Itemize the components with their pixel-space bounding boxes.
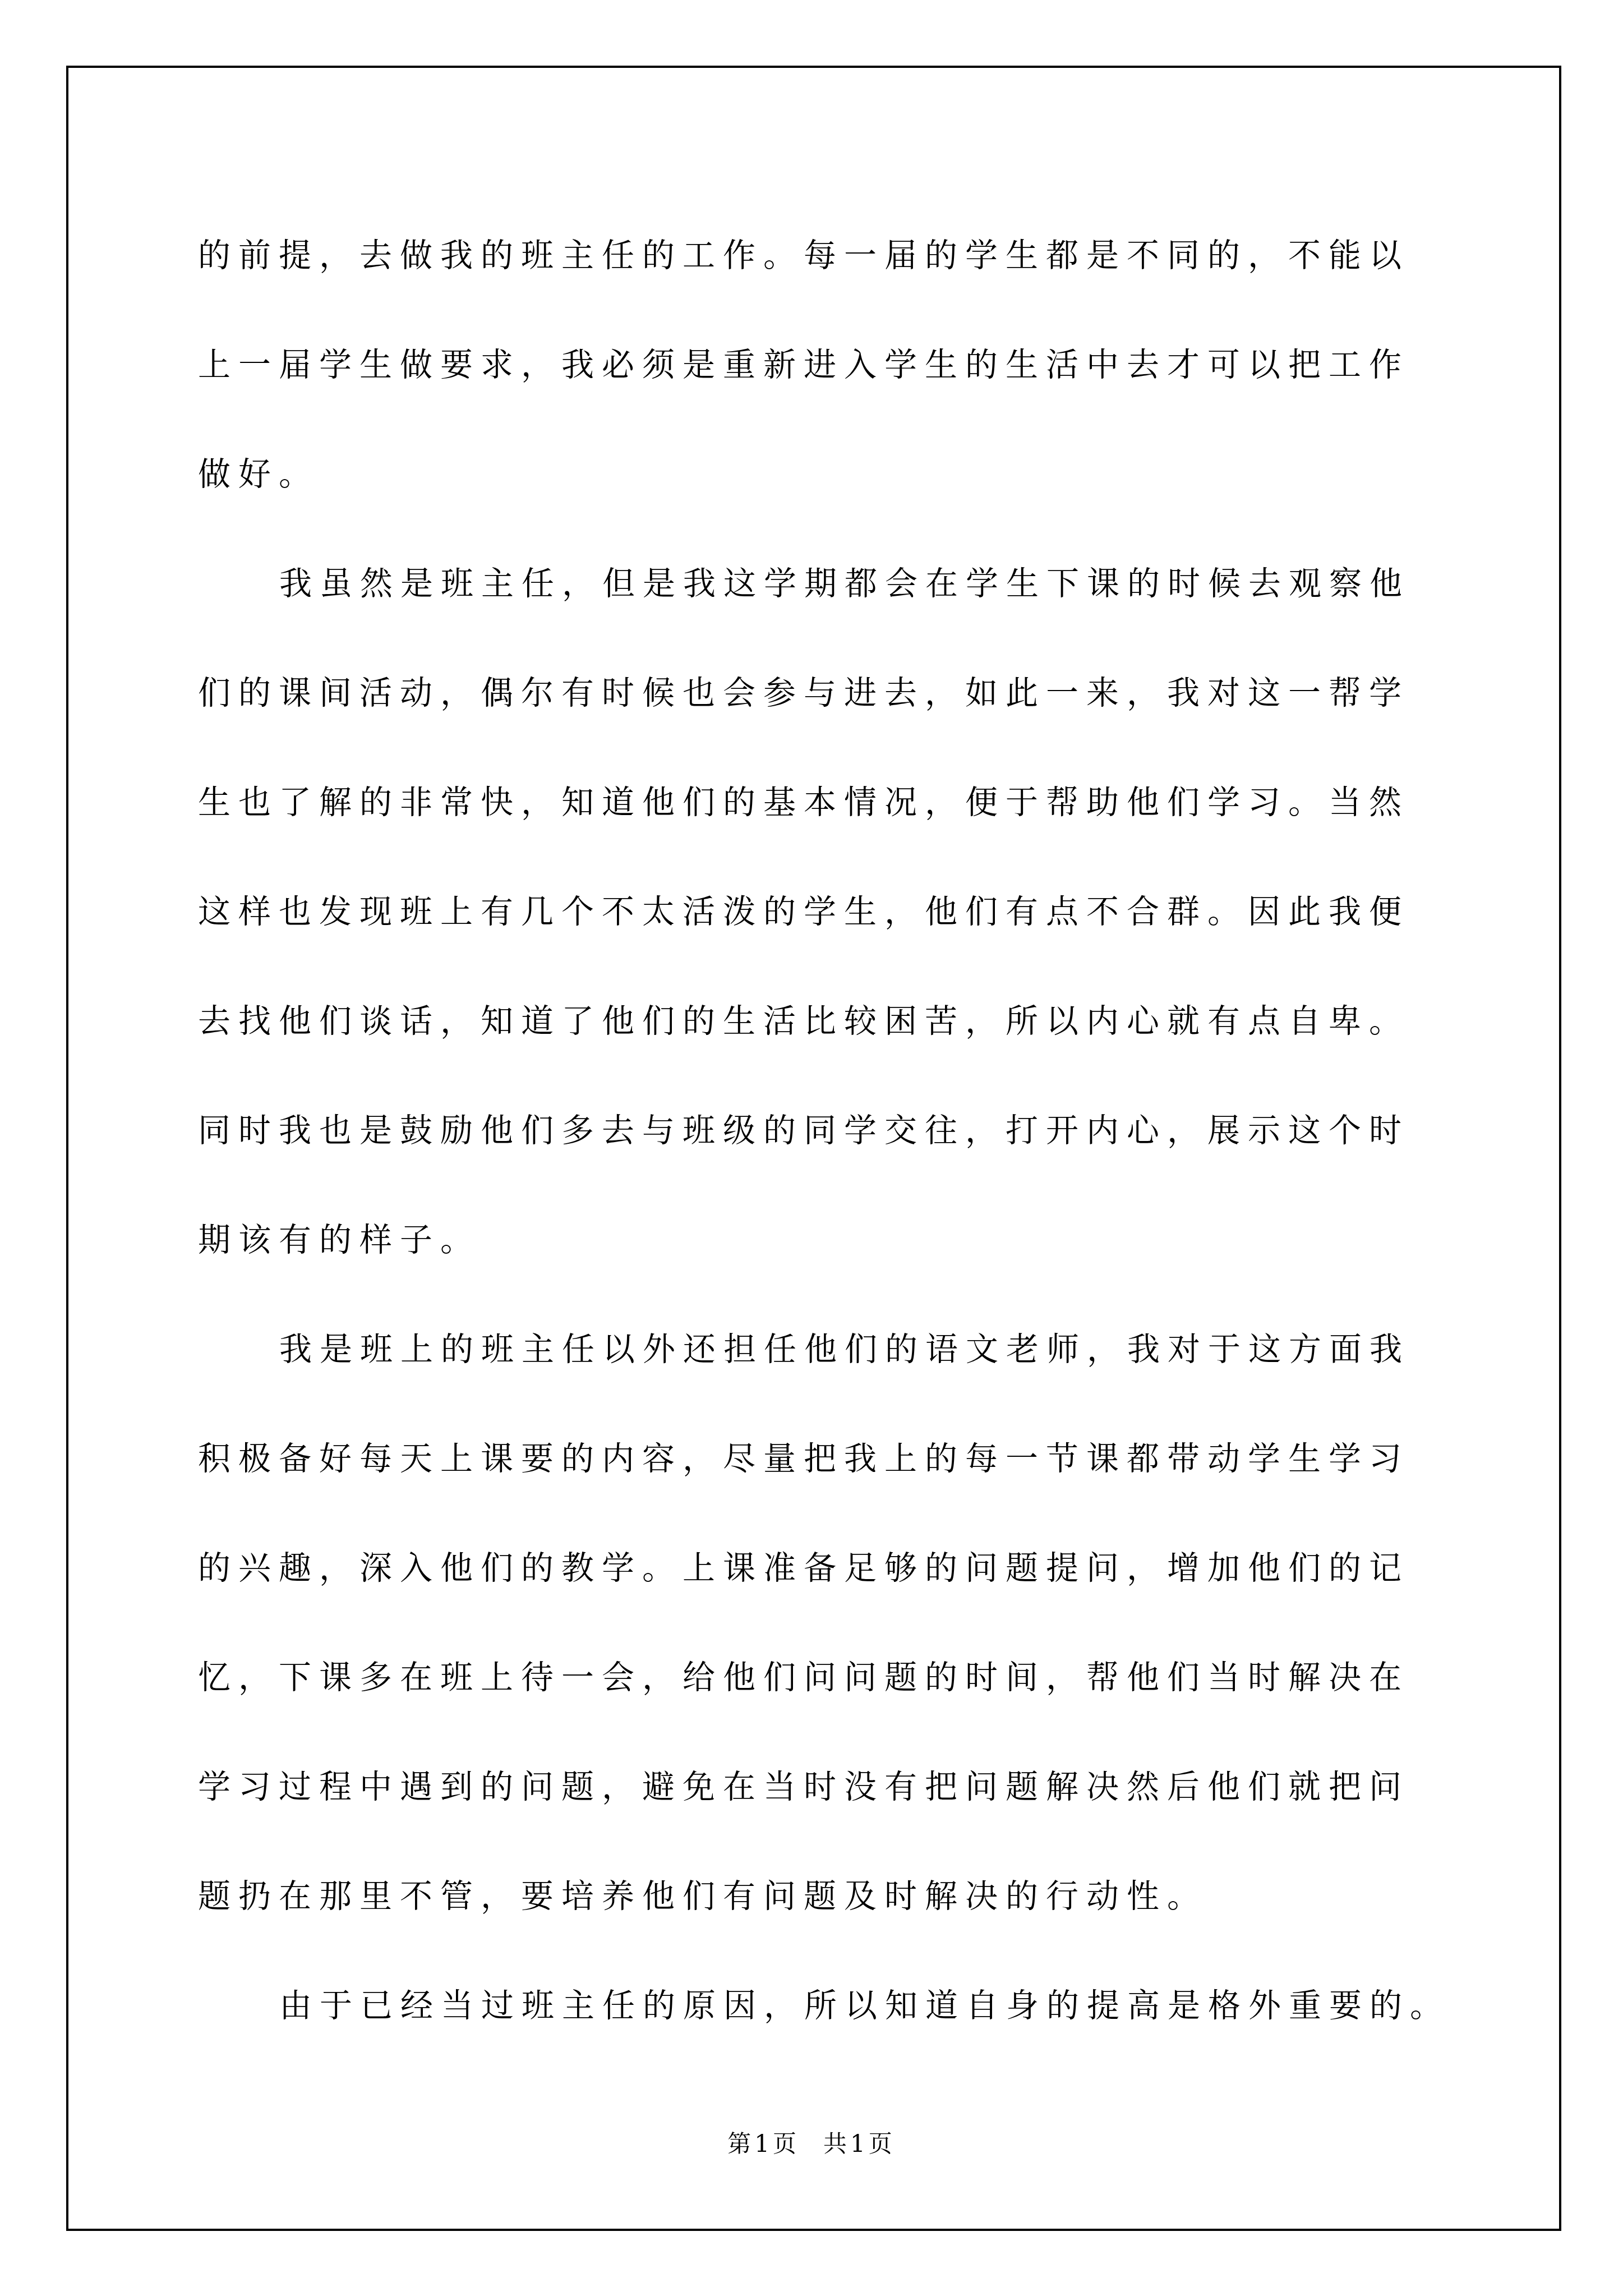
- page-footer: 第1页共1页: [0, 2127, 1623, 2161]
- text-line: 忆，下课多在班上待一会，给他们问问题的时间，帮他们当时解决在: [198, 1623, 1449, 1732]
- text-line: 我是班上的班主任以外还担任他们的语文老师，我对于这方面我: [198, 1295, 1449, 1404]
- text-line: 题扔在那里不管，要培养他们有问题及时解决的行动性。: [198, 1842, 1449, 1951]
- text-line: 上一届学生做要求，我必须是重新进入学生的生活中去才可以把工作: [198, 310, 1449, 420]
- text-line: 生也了解的非常快，知道他们的基本情况，便于帮助他们学习。当然: [198, 748, 1449, 857]
- text-line: 们的课间活动，偶尔有时候也会参与进去，如此一来，我对这一帮学: [198, 638, 1449, 748]
- text-line: 的前提，去做我的班主任的工作。每一届的学生都是不同的，不能以: [198, 201, 1449, 310]
- footer-page-number: 第1页: [727, 2130, 800, 2157]
- text-line: 由于已经当过班主任的原因，所以知道自身的提高是格外重要的。: [198, 1951, 1449, 2060]
- text-line: 去找他们谈话，知道了他们的生活比较困苦，所以内心就有点自卑。: [198, 967, 1449, 1076]
- text-line: 做好。: [198, 420, 1449, 529]
- text-line: 积极备好每天上课要的内容，尽量把我上的每一节课都带动学生学习: [198, 1404, 1449, 1513]
- document-page: 的前提，去做我的班主任的工作。每一届的学生都是不同的，不能以上一届学生做要求，我…: [0, 0, 1623, 2296]
- text-line: 的兴趣，深入他们的教学。上课准备足够的问题提问，增加他们的记: [198, 1513, 1449, 1623]
- text-line: 这样也发现班上有几个不太活泼的学生，他们有点不合群。因此我便: [198, 857, 1449, 967]
- footer-total-pages: 共1页: [823, 2130, 896, 2157]
- text-line: 期该有的样子。: [198, 1185, 1449, 1295]
- text-line: 我虽然是班主任，但是我这学期都会在学生下课的时候去观察他: [198, 529, 1449, 638]
- text-line: 学习过程中遇到的问题，避免在当时没有把问题解决然后他们就把问: [198, 1732, 1449, 1842]
- document-body: 的前提，去做我的班主任的工作。每一届的学生都是不同的，不能以上一届学生做要求，我…: [198, 201, 1449, 2060]
- text-line: 同时我也是鼓励他们多去与班级的同学交往，打开内心，展示这个时: [198, 1076, 1449, 1185]
